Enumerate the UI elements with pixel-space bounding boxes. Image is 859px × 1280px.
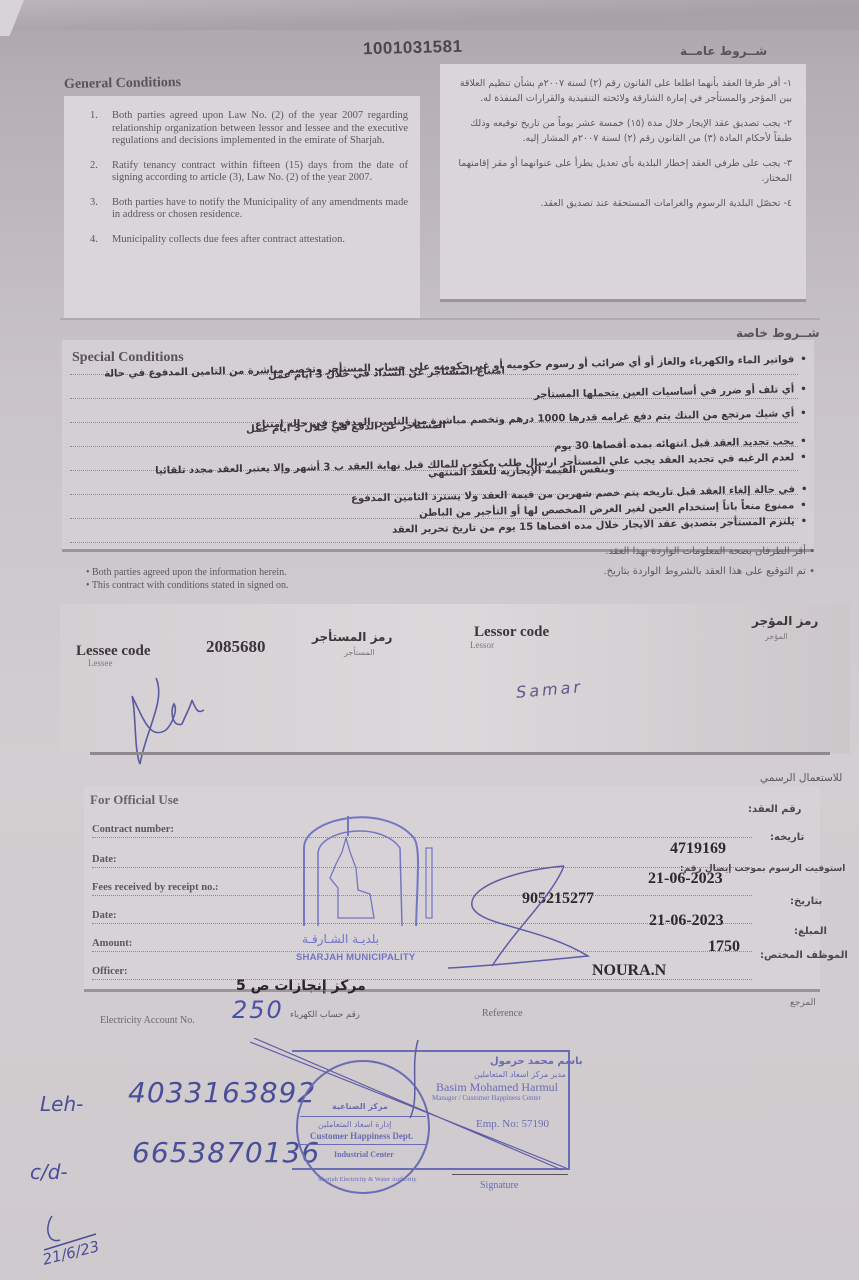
- agreement-ar-2: • تم التوقيع على هذا العقد بالشروط الوار…: [603, 566, 815, 577]
- general-conditions-title-ar: شــروط عامــة: [680, 44, 767, 58]
- lessee-code-value: 2085680: [206, 637, 266, 657]
- agreement-en-1: • Both parties agreed upon the informati…: [86, 567, 287, 578]
- electricity-account-label-ar: رقم حساب الكهرباء: [290, 1010, 360, 1020]
- lessee-code-label-ar: رمز المستأجر: [312, 630, 392, 644]
- amount-value: 21-06-2023: [649, 912, 724, 930]
- general-condition-item: 1. Both parties agreed upon Law No. (2) …: [90, 110, 408, 148]
- general-condition-item: 2. Ratify tenancy contract within fiftee…: [90, 160, 408, 185]
- page-fold: [0, 0, 859, 30]
- field-label: Date:: [92, 910, 117, 921]
- sharjah-municipality-stamp: بلديـة الشـارقـة SHARJAH MUNICIPALITY: [284, 808, 444, 1002]
- electricity-account-value: 250: [232, 996, 284, 1024]
- agreement-en-2: • This contract with conditions stated i…: [86, 580, 288, 591]
- lessor-sub-label: Lessor: [470, 640, 494, 650]
- item-number: 3.: [90, 197, 98, 210]
- municipality-name-ar: بلديـة الشـارقـة: [302, 932, 379, 946]
- handwritten-prefix-2: c/d-: [30, 1160, 68, 1184]
- special-conditions-title-ar: شــروط خاصة: [736, 326, 820, 340]
- general-conditions-title-en: General Conditions: [64, 75, 181, 93]
- general-condition-item: 3. Both parties have to notify the Munic…: [90, 197, 408, 222]
- item-number: 4.: [90, 234, 98, 247]
- municipality-logo-icon: [284, 808, 444, 928]
- lessor-code-label-ar: رمز المؤجر: [752, 614, 818, 628]
- field-label-ar: بتاريخ:: [790, 896, 822, 907]
- general-condition-item-ar: ٣- يجب على طرفي العقد إخطار البلدية بأي …: [450, 156, 792, 186]
- official-use-title-en: For Official Use: [90, 792, 179, 808]
- stamp-strike-icon: [250, 1038, 580, 1178]
- dotted-line: [70, 398, 798, 399]
- general-condition-item-ar: ٤- تحصّل البلدية الرسوم والغرامات المستح…: [450, 196, 792, 211]
- officer-value: 1750: [708, 938, 740, 956]
- item-text: Municipality collects due fees after con…: [112, 234, 345, 245]
- lessor-code-label: Lessor code: [474, 624, 549, 641]
- field-label-ar: رقم العقد:: [748, 804, 801, 815]
- field-label: Date:: [92, 854, 117, 865]
- lessor-sub-label-ar: المؤجر: [765, 632, 788, 641]
- reference-label-ar: المرجع: [790, 998, 816, 1008]
- field-label: Fees received by receipt no.:: [92, 882, 218, 893]
- item-number: 2.: [90, 160, 98, 173]
- document-number: 1001031581: [363, 37, 463, 60]
- center-stamp-text: مركز إنجازات ص 5: [236, 978, 366, 994]
- initials-icon: [40, 1214, 100, 1254]
- contract-date-value: 4719169: [670, 840, 726, 858]
- divider: [90, 752, 830, 755]
- field-label-ar: المبلغ:: [794, 926, 827, 937]
- receipt-value: 21-06-2023: [648, 870, 723, 888]
- item-number: 1.: [90, 110, 98, 123]
- field-label-ar: تاريخه:: [770, 832, 804, 843]
- general-conditions-en: 1. Both parties agreed upon Law No. (2) …: [64, 96, 420, 320]
- general-conditions-ar: ١- أقر طرفا العقد بأنهما اطلعا على القان…: [440, 64, 806, 302]
- official-use-title-ar: للاستعمال الرسمي: [760, 772, 842, 784]
- general-condition-item: 4. Municipality collects due fees after …: [90, 234, 408, 247]
- general-condition-item-ar: ١- أقر طرفا العقد بأنهما اطلعا على القان…: [450, 76, 792, 106]
- item-text: Both parties have to notify the Municipa…: [112, 197, 408, 221]
- field-label-ar: الموظف المختص:: [760, 950, 848, 961]
- stamp-signature-label: Signature: [480, 1180, 518, 1191]
- divider: [60, 318, 820, 320]
- agreement-ar-1: • أقر الطرفان بصحة المعلومات الواردة بهذ…: [605, 546, 815, 557]
- lessee-signature-icon: [126, 670, 216, 780]
- reference-label: Reference: [482, 1008, 523, 1019]
- item-text: Both parties agreed upon Law No. (2) of …: [112, 110, 408, 146]
- handwritten-prefix-1: Leh-: [40, 1092, 83, 1116]
- general-condition-item-ar: ٢- يجب تصديق عقد الإيجار خلال مدة (١٥) خ…: [450, 116, 792, 146]
- electricity-account-label: Electricity Account No.: [100, 1015, 195, 1026]
- field-label: Contract number:: [92, 824, 174, 835]
- municipality-name-en: SHARJAH MUNICIPALITY: [296, 952, 415, 963]
- field-label: Officer:: [92, 966, 128, 977]
- dotted-line: [70, 542, 798, 543]
- lessee-sub-label-ar: المستأجر: [344, 648, 375, 657]
- field-label: Amount:: [92, 938, 132, 949]
- lessee-sub-label: Lessee: [88, 658, 113, 668]
- officer-signature-icon: [448, 856, 608, 976]
- special-conditions-title-en: Special Conditions: [72, 350, 184, 366]
- item-text: Ratify tenancy contract within fifteen (…: [112, 160, 408, 184]
